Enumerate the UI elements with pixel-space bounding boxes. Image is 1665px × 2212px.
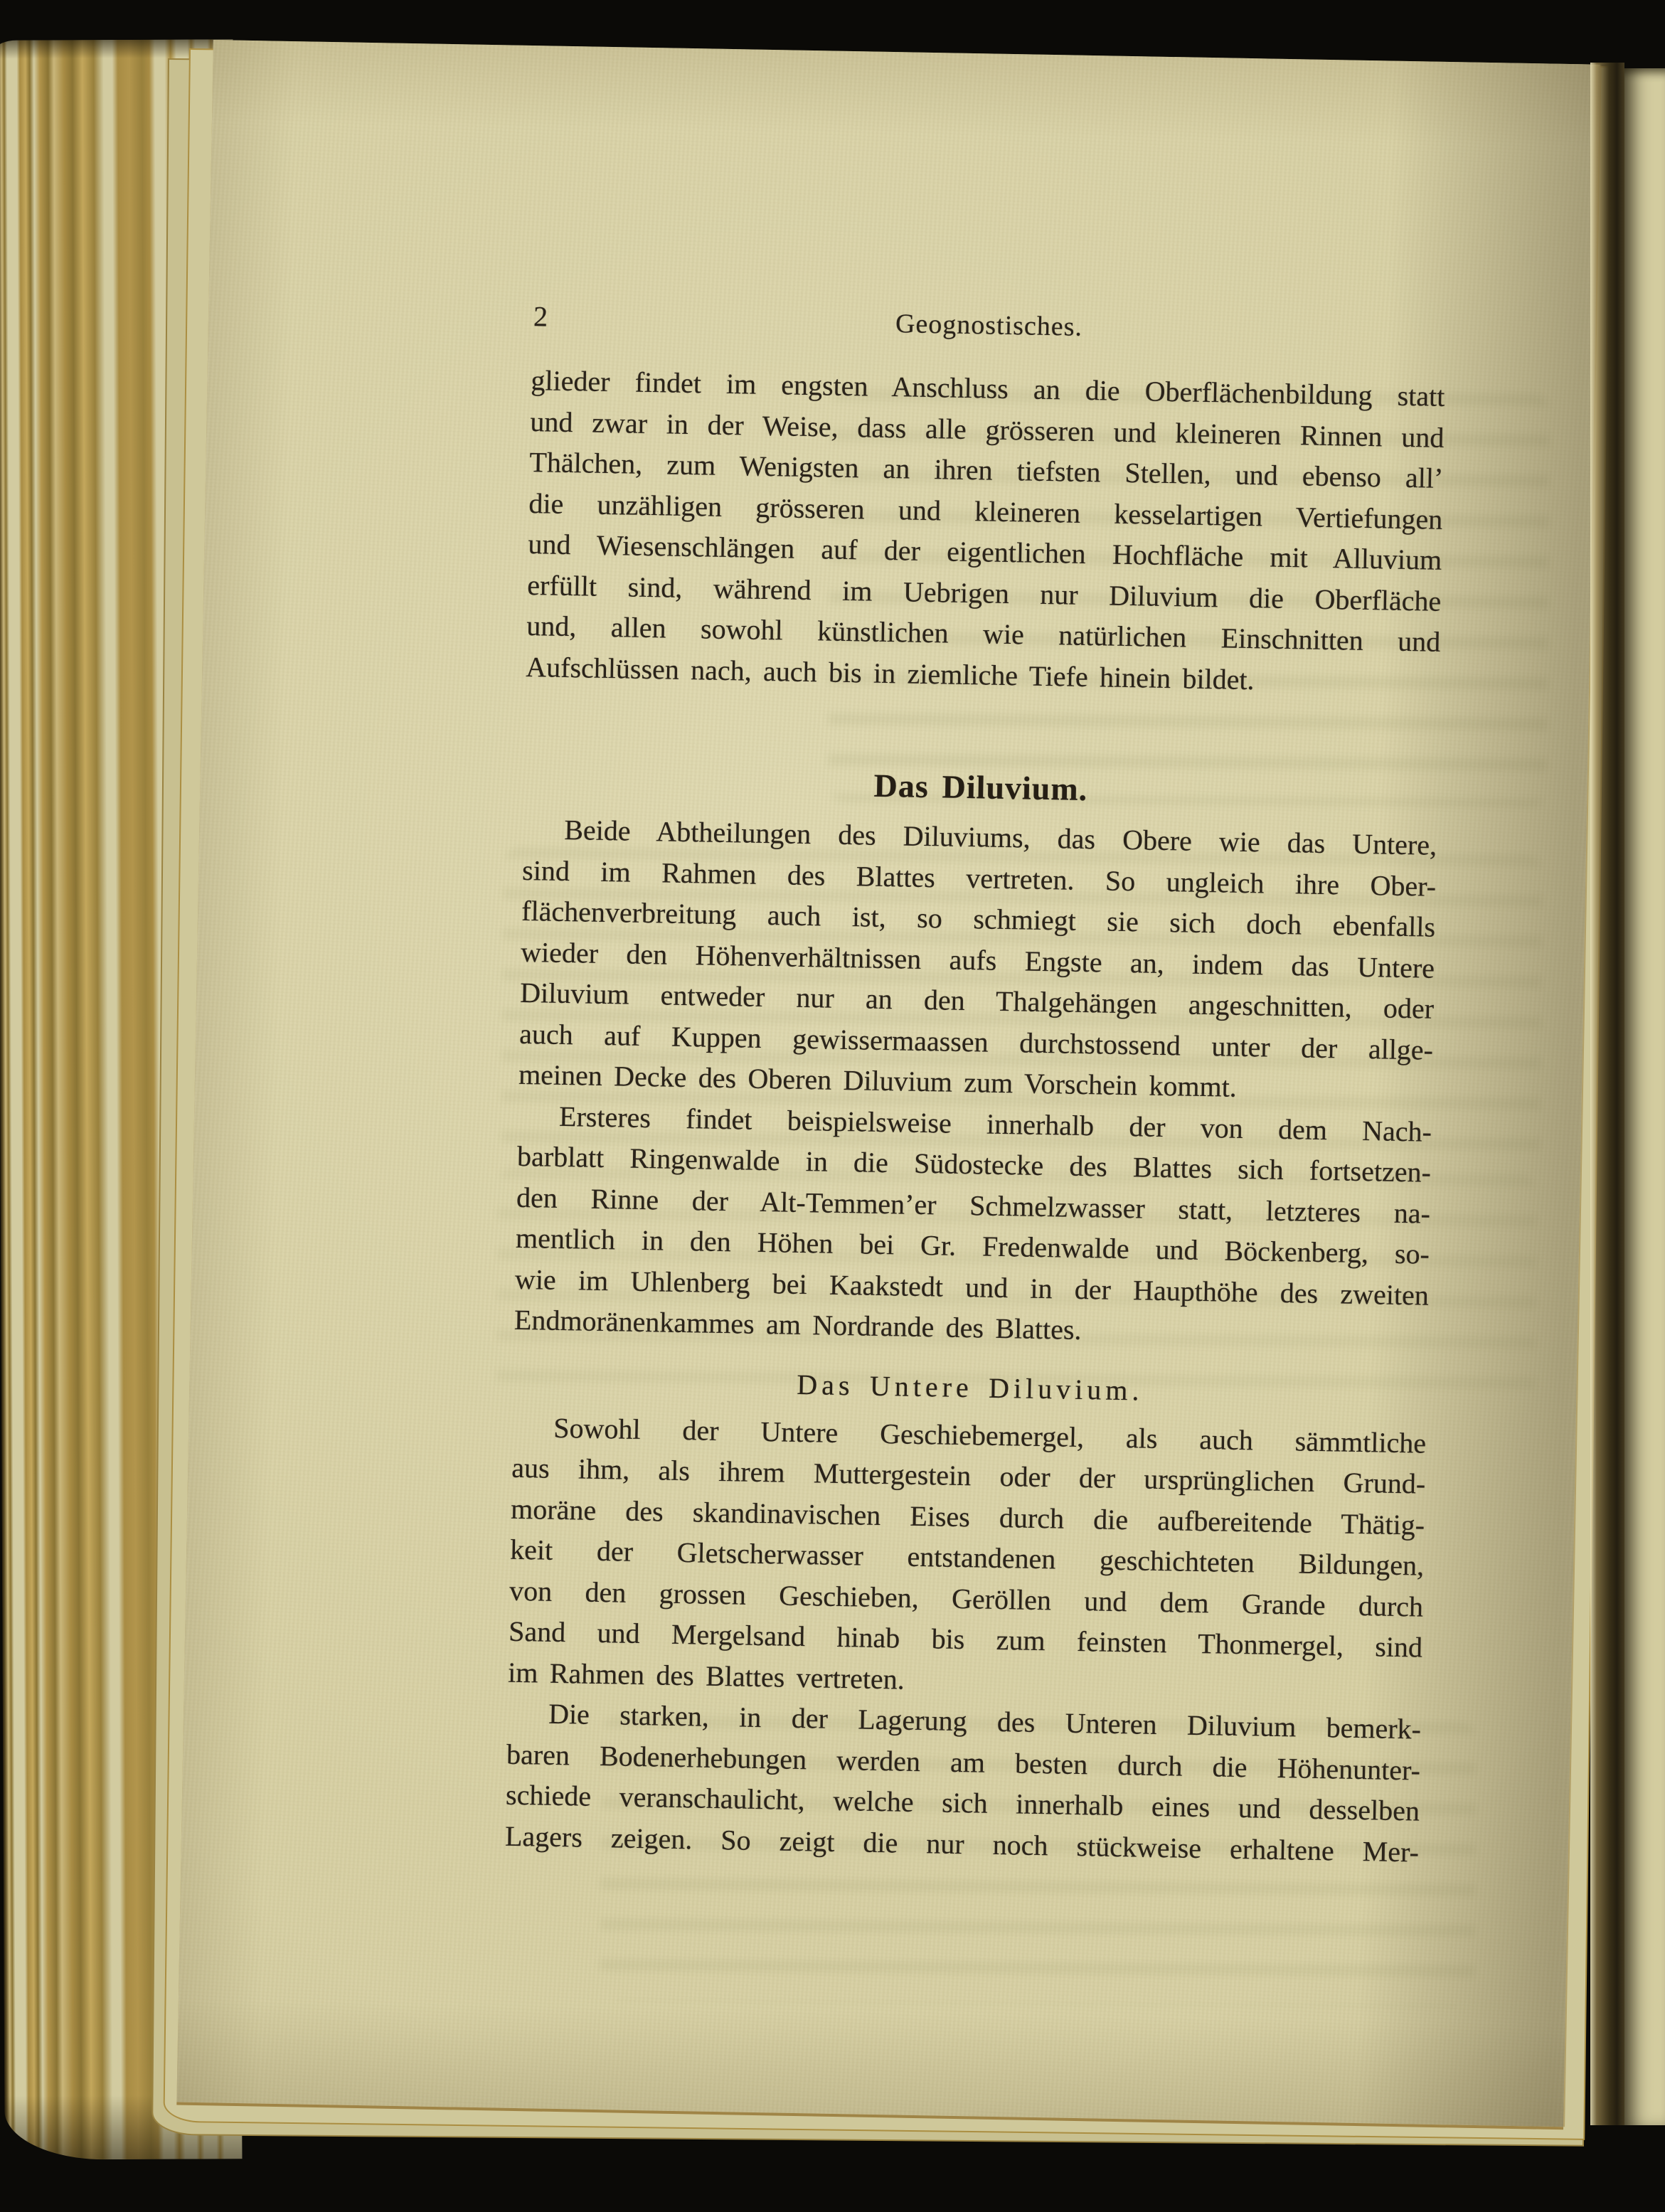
paragraph-continuation: glieder findet im engsten Anschluss an d…	[526, 360, 1445, 703]
page-number: 2	[533, 296, 548, 337]
paragraph: Sowohl der Untere Geschiebemergel, als a…	[508, 1406, 1427, 1708]
binding-gutter-shadow	[1590, 63, 1624, 2125]
page-header: 2 Geognostisches.	[532, 296, 1447, 353]
book-page: 2 Geognostisches. glieder findet im engs…	[176, 40, 1600, 2127]
section-heading-diluvium: Das Diluvium.	[523, 757, 1438, 818]
paragraph: Ersteres findet beispielsweise innerhalb…	[514, 1095, 1432, 1356]
printed-content: 2 Geognostisches. glieder findet im engs…	[505, 296, 1447, 1873]
subsection-heading-unteres-diluvium: Das Untere Diluvium.	[513, 1358, 1427, 1416]
paragraph: Die starken, in der Lagerung des Unteren…	[505, 1693, 1422, 1873]
facing-page-sliver	[1624, 68, 1665, 2125]
running-header: Geognostisches.	[895, 304, 1083, 348]
paragraph: Beide Abtheilungen des Diluviums, das Ob…	[518, 809, 1437, 1111]
book-scan-background: 2 Geognostisches. glieder findet im engs…	[0, 0, 1665, 2212]
